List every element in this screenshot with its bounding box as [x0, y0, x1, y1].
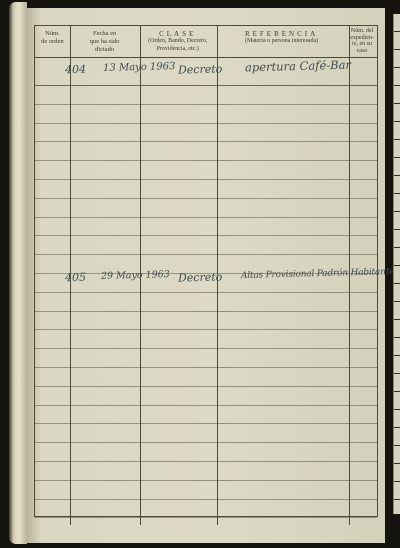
table-row — [35, 218, 377, 237]
entry-fecha: 29 Mayo 1963 — [101, 269, 170, 282]
table-row — [35, 180, 377, 199]
register-page: Núm. de orden Fecha en que ha sido dicta… — [27, 8, 385, 543]
entry-num: 404 — [65, 63, 86, 77]
header-line: caso — [347, 48, 377, 55]
table-row — [35, 462, 377, 481]
header-line: Providencia, etc.) — [139, 46, 216, 53]
header-referencia: REFERENCIA (Materia o persona interesada… — [216, 26, 347, 57]
table-row — [35, 199, 377, 218]
table-row — [35, 86, 377, 105]
table-row — [35, 387, 377, 406]
table-row — [35, 406, 377, 425]
header-line: expedien- — [347, 35, 377, 42]
header-num-expediente: Núm. del expedien- te, en su caso — [347, 26, 377, 57]
table-header: Núm. de orden Fecha en que ha sido dicta… — [35, 26, 377, 58]
scanned-register-photo: Núm. de orden Fecha en que ha sido dicta… — [0, 0, 400, 548]
entry-clase: Decreto — [178, 62, 223, 76]
table-row — [35, 500, 377, 519]
table-row — [35, 368, 377, 387]
entry-clase: Decreto — [178, 270, 223, 284]
table-row — [35, 161, 377, 180]
table-row — [35, 293, 377, 312]
header-line: que ha sido — [70, 38, 140, 46]
header-line: (Orden, Bando, Decreto, — [139, 38, 216, 45]
table-row — [35, 142, 377, 161]
table-body — [35, 58, 377, 518]
next-page-edge — [393, 14, 400, 514]
entry-num: 405 — [65, 271, 86, 285]
table-row — [35, 312, 377, 331]
header-num-orden: Núm. de orden — [35, 26, 70, 57]
table-row — [35, 443, 377, 462]
header-clase: CLASE (Orden, Bando, Decreto, Providenci… — [139, 26, 216, 57]
header-line: de orden — [35, 38, 70, 46]
header-fecha: Fecha en que ha sido dictado — [70, 26, 140, 57]
entry-referencia: apertura Café-Bar — [245, 58, 351, 75]
header-line: Núm. del — [347, 28, 377, 35]
table-row — [35, 424, 377, 443]
header-line: Núm. — [35, 30, 70, 38]
header-line: (Materia o persona interesada) — [216, 38, 347, 45]
table-row — [35, 236, 377, 255]
table-row — [35, 349, 377, 368]
entry-fecha: 13 Mayo 1963 — [103, 61, 176, 74]
table-row — [35, 481, 377, 500]
table-row — [35, 105, 377, 124]
table-row — [35, 330, 377, 349]
table-row — [35, 124, 377, 143]
left-page-edge — [9, 2, 27, 544]
header-line: Fecha en — [70, 30, 140, 38]
header-line: dictado — [70, 46, 140, 54]
header-line: te, en su — [347, 41, 377, 48]
